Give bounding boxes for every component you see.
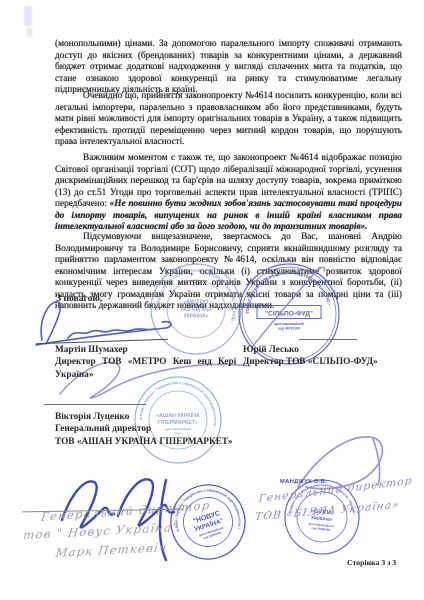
auchan-signature-line xyxy=(44,404,146,405)
paragraph-3: Важливим моментом є також те, що законоп… xyxy=(55,153,402,234)
silpo-signatory-block: Юрій Лесько Директор ТОВ «СІЛЬПО-ФУД» xyxy=(243,344,378,369)
scanned-letter-page: (монопольними) цінами. За допомогою пара… xyxy=(0,0,424,600)
page-number: Сторінка 3 з 3 xyxy=(347,558,396,567)
billa-stamp-code: код 25288083 xyxy=(311,526,330,532)
metro-signatory-block: Мартін Шумахер Директор ТОВ «МЕТРО Кеш е… xyxy=(55,344,236,381)
silpo-signatory-name: Юрій Лесько xyxy=(243,344,378,356)
scan-artifact xyxy=(27,28,32,37)
silpo-signature xyxy=(240,255,340,355)
scan-artifact xyxy=(24,6,32,26)
paragraph-2: Очевидно що, прийняття законопроекту №46… xyxy=(55,91,402,149)
metro-stamp-line1: «МЕТРО xyxy=(184,300,209,306)
metro-signatory-title-line1: Директор ТОВ «МЕТРО Кеш енд Кері xyxy=(55,356,236,368)
billa-signatory-name: МАНДЖУК О.В. xyxy=(280,479,327,485)
silpo-signature-line xyxy=(299,339,357,340)
auchan-signatory-name: Вікторія Луценко xyxy=(55,411,233,423)
metro-stamp-line2: Кеш енд Кері xyxy=(181,307,212,313)
auchan-signatory-title-line1: Генеральний директор xyxy=(55,423,233,435)
paragraph-1: (монопольними) цінами. За допомогою пара… xyxy=(55,39,402,97)
silpo-signatory-title: Директор ТОВ «СІЛЬПО-ФУД» xyxy=(243,356,378,368)
auchan-signatory-title-line2: ТОВ «АШАН УКРАЇНА ГІПЕРМАРКЕТ» xyxy=(55,436,233,448)
metro-signatory-name: Мартін Шумахер xyxy=(55,344,236,356)
metro-signatory-title-line2: Україна» xyxy=(55,369,236,381)
metro-stamp-line3: УКРАЇНА» xyxy=(184,313,209,320)
auchan-signatory-block: Вікторія Луценко Генеральний директор ТО… xyxy=(55,411,233,448)
